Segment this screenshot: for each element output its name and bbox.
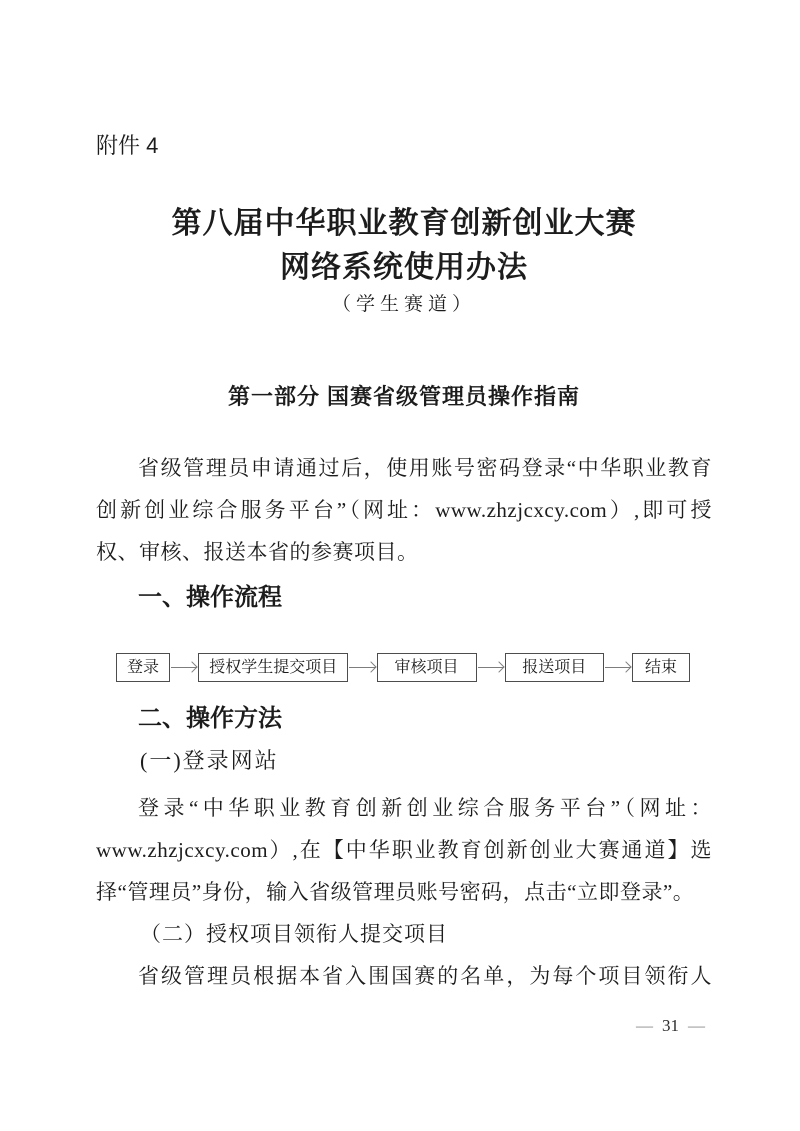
flow-step-review-projects: 审核项目 — [377, 653, 477, 682]
document-title-line2: 网络系统使用办法 — [96, 246, 712, 290]
login-line: 登录“中华职业教育创新创业综合服务平台”（网址： — [96, 787, 712, 829]
page-number: —31— — [636, 1014, 705, 1038]
authorize-line: 省级管理员根据本省入围国赛的名单，为每个项目领衔人 — [96, 955, 712, 997]
intro-line: 省级管理员申请通过后，使用账号密码登录“中华职业教育 — [96, 447, 712, 489]
flow-arrow-icon — [605, 667, 631, 668]
flow-step-authorize-students: 授权学生提交项目 — [198, 653, 348, 682]
flow-arrow-icon — [349, 667, 375, 668]
intro-line: 创新创业综合服务平台”（网址：www.zhzjcxcy.com）,即可授 — [96, 489, 712, 531]
login-line: www.zhzjcxcy.com）,在【中华职业教育创新创业大赛通道】选 — [96, 829, 712, 871]
subsection-heading-authorize-leader: （二）授权项目领衔人提交项目 — [96, 913, 712, 955]
page-number-right-dash: — — [688, 1016, 705, 1035]
page-number-value: 31 — [662, 1016, 679, 1035]
document-title-line1: 第八届中华职业教育创新创业大赛 — [96, 202, 712, 246]
flow-step-end: 结束 — [632, 653, 690, 682]
section-heading-operation-method: 二、操作方法 — [96, 702, 712, 736]
authorize-paragraph: 省级管理员根据本省入围国赛的名单，为每个项目领衔人 — [96, 955, 712, 997]
operation-flowchart: 登录 授权学生提交项目 审核项目 报送项目 结束 — [116, 652, 690, 682]
flow-step-login: 登录 — [116, 653, 170, 682]
document-subtitle: （学生赛道） — [96, 292, 712, 318]
login-paragraph: 登录“中华职业教育创新创业综合服务平台”（网址： www.zhzjcxcy.co… — [96, 787, 712, 913]
document-page: 附件 4 第八届中华职业教育创新创业大赛 网络系统使用办法 （学生赛道） 第一部… — [0, 0, 800, 1131]
subsection-heading-login-website: (一)登录网站 — [96, 745, 712, 777]
attachment-label: 附件 4 — [96, 130, 712, 162]
intro-paragraph: 省级管理员申请通过后，使用账号密码登录“中华职业教育 创新创业综合服务平台”（网… — [96, 447, 712, 573]
flow-step-submit-projects: 报送项目 — [505, 653, 604, 682]
intro-line: 权、审核、报送本省的参赛项目。 — [96, 531, 712, 573]
document-title: 第八届中华职业教育创新创业大赛 网络系统使用办法 — [96, 202, 712, 290]
flow-arrow-icon — [478, 667, 504, 668]
login-line: 择“管理员”身份，输入省级管理员账号密码，点击“立即登录”。 — [96, 871, 712, 913]
page-number-left-dash: — — [636, 1016, 653, 1035]
part-one-heading: 第一部分 国赛省级管理员操作指南 — [96, 382, 712, 412]
section-heading-operation-flow: 一、操作流程 — [96, 581, 712, 615]
flow-arrow-icon — [171, 667, 197, 668]
